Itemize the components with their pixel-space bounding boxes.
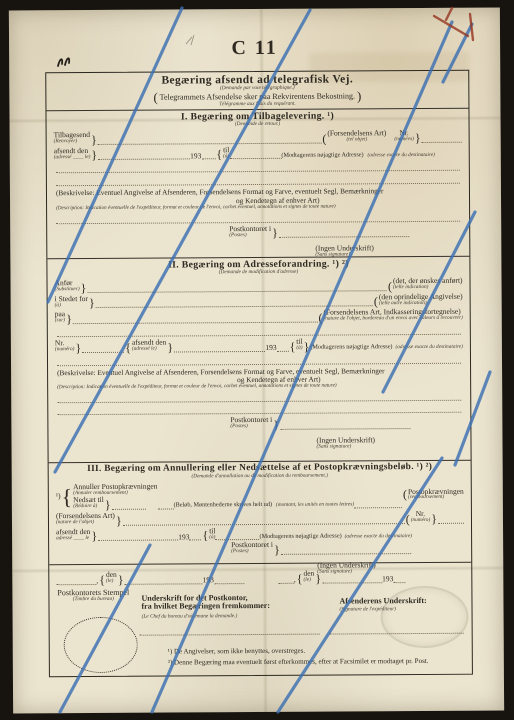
substitute-fr: (Substituer) — [55, 287, 80, 293]
recipient-address-fr: (adresse exacte du destinataire) — [345, 534, 412, 540]
scanned-postal-form: C 11 Begæring afsendt ad telegrafisk Vej… — [0, 0, 514, 720]
type-write-line — [123, 515, 405, 526]
consignment-stack: (Forsendelsens Art, Indkasseringsfortegn… — [323, 308, 462, 323]
sender-sig-fr: (Signature de l'expéditeur) — [340, 608, 397, 614]
year-label: 193 — [382, 575, 393, 583]
nr-write-line — [422, 134, 462, 143]
section3-heading-block: III. Begæring om Annullering eller Nedsæ… — [49, 461, 471, 481]
brace-icon: } — [273, 545, 281, 555]
original-fr: (telle autre indication) — [379, 301, 427, 307]
no-signature-fr: (Sans signature) — [317, 444, 352, 450]
post-office-row: Postkontoret i (Postes) } — [231, 540, 411, 555]
brace-icon: } — [80, 283, 88, 293]
nr-fr: (numéro) — [411, 518, 431, 524]
day-write-line-2 — [322, 574, 382, 583]
day-write-line — [125, 575, 203, 584]
sender-signature-block: Afsenderens Underskrift: (Signature de l… — [339, 597, 426, 614]
instead-fr: (à) — [55, 303, 61, 309]
reduce-write-line — [112, 501, 146, 510]
type-stack: (Forsendelsens Art) (nature de l'objet) — [56, 512, 115, 526]
form-box: Begæring afsendt ad telegrafisk Vej. (De… — [45, 70, 473, 678]
form-header: Begæring afsendt ad telegrafisk Vej. (De… — [46, 71, 468, 111]
footer-section: , { den (le) } 193 , { den — [49, 562, 472, 675]
return-label-fr: (Renvoyer) — [54, 139, 78, 145]
year-label: 193 — [178, 533, 189, 541]
place-write-line — [56, 576, 96, 585]
type-label-stack: (Forsendelsens Art) (tel objet) — [327, 129, 386, 143]
year-label: 193 — [190, 152, 201, 160]
instead-row: i Stedet for (à) } ( (den oprindelige An… — [55, 293, 463, 309]
office-sig-line2: fra hvilket Begæringen fremkommer: — [141, 602, 270, 611]
til-write-line — [229, 150, 281, 159]
description-block: (Beskrivelse: Eventuel Angivelse af Afse… — [56, 187, 460, 212]
brace-icon: { — [98, 574, 106, 584]
type-fr: (nature de l'objet) — [56, 520, 94, 526]
footnote-2: ²) Denne Begæring maa eventuelt først ef… — [168, 655, 429, 667]
sent-label-fr: (adressé ____ le) — [54, 155, 91, 161]
on-write-line — [73, 314, 318, 324]
sent-stack: afsendt den adressé ____ le — [56, 528, 90, 542]
year-write-line-2 — [393, 574, 405, 583]
den-fr: (le) — [106, 579, 113, 585]
amount-label: (Beløb, Møntenhederne skrives helt ud) — [174, 502, 273, 509]
year-write-line — [214, 575, 244, 584]
date-row: , { den (le) } 193 , { den — [56, 569, 464, 585]
til-write-line — [215, 531, 259, 540]
date-write-line — [98, 151, 190, 161]
post-office-fr: (Postes) — [230, 424, 247, 430]
blank-write-line — [56, 171, 460, 186]
office-signature-line — [140, 634, 320, 636]
on-row: paa (sur) } ( (Forsendelsens Art, Indkas… — [55, 308, 463, 324]
recipient-address-label: (Modtagerens nøjagtige Adresse) — [259, 533, 341, 540]
amount-write-line2 — [354, 499, 402, 508]
blank-write-line — [57, 322, 461, 337]
den-fr: (le) — [303, 578, 310, 584]
sender-sig-label: Afsenderens Underskrift: — [339, 597, 426, 606]
recipient-address-fr: (adresse exacte du destinataire) — [368, 153, 435, 159]
den-stack: den (le) — [303, 570, 314, 584]
instead-write-line — [96, 298, 373, 309]
brace-icon: } — [430, 513, 438, 523]
nr-label-stack: Nr. (numéro) — [394, 129, 414, 143]
footnotes: ¹) De Angivelser, som ikke benyttes, ove… — [168, 645, 429, 668]
brace-icon: { — [215, 149, 223, 159]
blank-write-line — [57, 401, 461, 415]
brace-icon: } — [272, 419, 280, 429]
brace-icon: { — [201, 531, 209, 541]
nr-label-fr: (numéro) — [394, 137, 414, 143]
amount-write-line — [158, 501, 174, 510]
office-sig-fr: (Le Chef du bureau d'où émane la demande… — [142, 614, 238, 620]
nr-sent-row: Nr. (numéro) } { afsendt den (adressé le… — [55, 337, 463, 353]
recipient-address-fr: (adresse exacte du destinataire) — [395, 345, 462, 351]
brace-icon: } — [314, 573, 322, 583]
sent-date-row: afsendt den (adressé ____ le) } 193 { ti… — [54, 145, 462, 161]
recipient-address-label: (Modtagerens nøjagtige Adresse) — [281, 152, 363, 159]
sent-stack: afsendt den (adressé le) — [132, 339, 166, 353]
reduce-fr: (Réduire à) — [73, 504, 97, 510]
brace-icon: } — [166, 342, 174, 352]
substitute-write-line — [87, 282, 387, 293]
brace-icon: { — [124, 342, 132, 352]
stamp-block: Postkontorets Stempel (Timbre du bureau) — [57, 589, 129, 604]
year-label: 193 — [203, 576, 214, 584]
section-cod-cancellation: III. Begæring om Annullering eller Nedsæ… — [49, 460, 472, 565]
cod-fr: (remboursement) — [408, 495, 444, 501]
brace-icon: { — [61, 488, 74, 506]
post-office-row: Postkontoret i (Postes) } — [230, 415, 410, 430]
brace-icon: } — [414, 133, 422, 143]
post-office-stack: Postkontoret i (Postes) — [231, 541, 273, 555]
paren-open: ( — [153, 89, 157, 104]
nr-write-line — [82, 344, 124, 353]
return-label-stack: Tilbagesend (Renvoyer) — [54, 131, 90, 145]
substitute-stack: Anfør (Substituer) — [55, 279, 80, 293]
section1-heading-block: I. Begæring om Tilbagelevering. ¹) (Dema… — [46, 109, 468, 130]
date-write-line — [98, 532, 178, 541]
post-office-write-line — [280, 420, 410, 430]
brace-icon: } — [88, 298, 96, 308]
post-office-write-line — [279, 228, 409, 238]
on-stack: paa (sur) — [55, 311, 66, 325]
type-row: (Forsendelsens Art) (nature de l'objet) … — [56, 510, 464, 526]
post-office-stack: Postkontoret i (Postes) — [230, 416, 272, 430]
year-write-line — [277, 343, 289, 352]
type-label-fr: (tel objet) — [346, 137, 367, 143]
description-block: (Beskrivelse: Eventuel Angivelse af Afse… — [57, 367, 461, 392]
sent-date-row: afsendt den adressé ____ le } 193 { til … — [56, 525, 464, 541]
brace-icon: } — [117, 574, 125, 584]
year-write-line — [189, 532, 201, 541]
paren-close: ) — [357, 88, 361, 103]
no-signature-block: (Ingen Underskrift) (Sans signature) — [316, 436, 375, 450]
nr-fr: (numéro) — [55, 347, 75, 353]
instead-stack: i Stedet for (à) — [55, 295, 88, 309]
form-subtitle: Telegrammets Afsendelse sker paa Rekvire… — [160, 91, 355, 101]
section2-heading-block: II. Begæring om Adresseforandring. ¹) ²)… — [47, 257, 469, 278]
post-office-fr: (Postes) — [231, 549, 248, 555]
brace-icon: { — [296, 573, 304, 583]
original-stack: (den oprindelige Angivelse) (telle autre… — [379, 293, 463, 307]
nr-write-line — [438, 514, 464, 523]
brace-icon: } — [303, 341, 311, 351]
office-signature-block: Underskrift for det Postkontor, fra hvil… — [141, 594, 270, 620]
den-stack: den (le) — [106, 571, 117, 585]
substitute-row: Anfør (Substituer) } ( (det, der ønskes … — [55, 277, 463, 293]
sent-write-line — [174, 343, 265, 353]
post-office-fr: (Postes) — [229, 233, 246, 239]
nr-stack: Nr. (numéro) — [55, 339, 75, 353]
brace-icon: { — [289, 341, 297, 351]
sent-fr: (adressé le) — [132, 347, 157, 353]
desired-stack: (det, der ønskes anført) (telle indicati… — [393, 277, 463, 291]
stamp-fr: (Timbre du bureau) — [73, 597, 114, 603]
form-number: C 11 — [9, 36, 500, 62]
sent-fr: adressé ____ le — [56, 536, 89, 542]
brace-icon: } — [90, 531, 98, 541]
cod-stack: Postopkrævningen (remboursement) — [408, 487, 464, 501]
recipient-address-label: (Modtagerens nøjagtige Adresse) — [310, 344, 392, 351]
return-row: Tilbagesend (Renvoyer) } ( (Forsendelsen… — [54, 129, 462, 145]
stamp-circle — [64, 617, 138, 673]
sender-signature-line — [330, 633, 464, 635]
year-write-line — [201, 151, 215, 160]
amount-fr: (montant, les unités en toutes lettres) — [276, 503, 354, 509]
cancel-reduce-row: ¹) { Annuller Postopkrævningen (Annuler … — [56, 480, 464, 510]
blank-write-line — [56, 209, 460, 223]
consignment-fr: (nature de l'objet, bordereau d'un envoi… — [323, 316, 462, 323]
sent-label-stack: afsendt den (adressé ____ le) — [54, 147, 91, 161]
reduce-stack: Nedsæt til (Réduire à) — [73, 496, 104, 510]
brace-icon: } — [115, 515, 123, 525]
brace-icon: } — [65, 314, 73, 324]
paper: C 11 Begæring afsendt ad telegrafisk Vej… — [9, 8, 504, 714]
nr-stack: Nr. (numéro) — [411, 510, 431, 524]
return-write-line — [98, 134, 322, 144]
post-office-row: Postkontoret i (Postes) } — [229, 224, 409, 239]
cancel-reduce-stack: Annuller Postopkrævningen (Annuler rembo… — [73, 482, 158, 510]
section-address-change: II. Begæring om Adresseforandring. ¹) ²)… — [47, 256, 470, 463]
desired-fr: (telle indication) — [393, 285, 428, 291]
brace-icon: } — [74, 343, 82, 353]
post-office-write-line — [281, 545, 411, 555]
brace-icon: } — [104, 500, 112, 510]
on-fr: (sur) — [55, 319, 65, 325]
brace-icon: } — [90, 150, 98, 160]
section-return-request: I. Begæring om Tilbagelevering. ¹) (Dema… — [46, 108, 469, 259]
post-office-stack: Postkontoret i (Postes) — [229, 225, 271, 239]
place-write-line-2 — [278, 574, 294, 583]
brace-icon: } — [271, 228, 279, 238]
brace-icon: } — [90, 135, 98, 145]
year-label: 193 — [265, 344, 276, 352]
blank-write-line — [57, 351, 461, 366]
